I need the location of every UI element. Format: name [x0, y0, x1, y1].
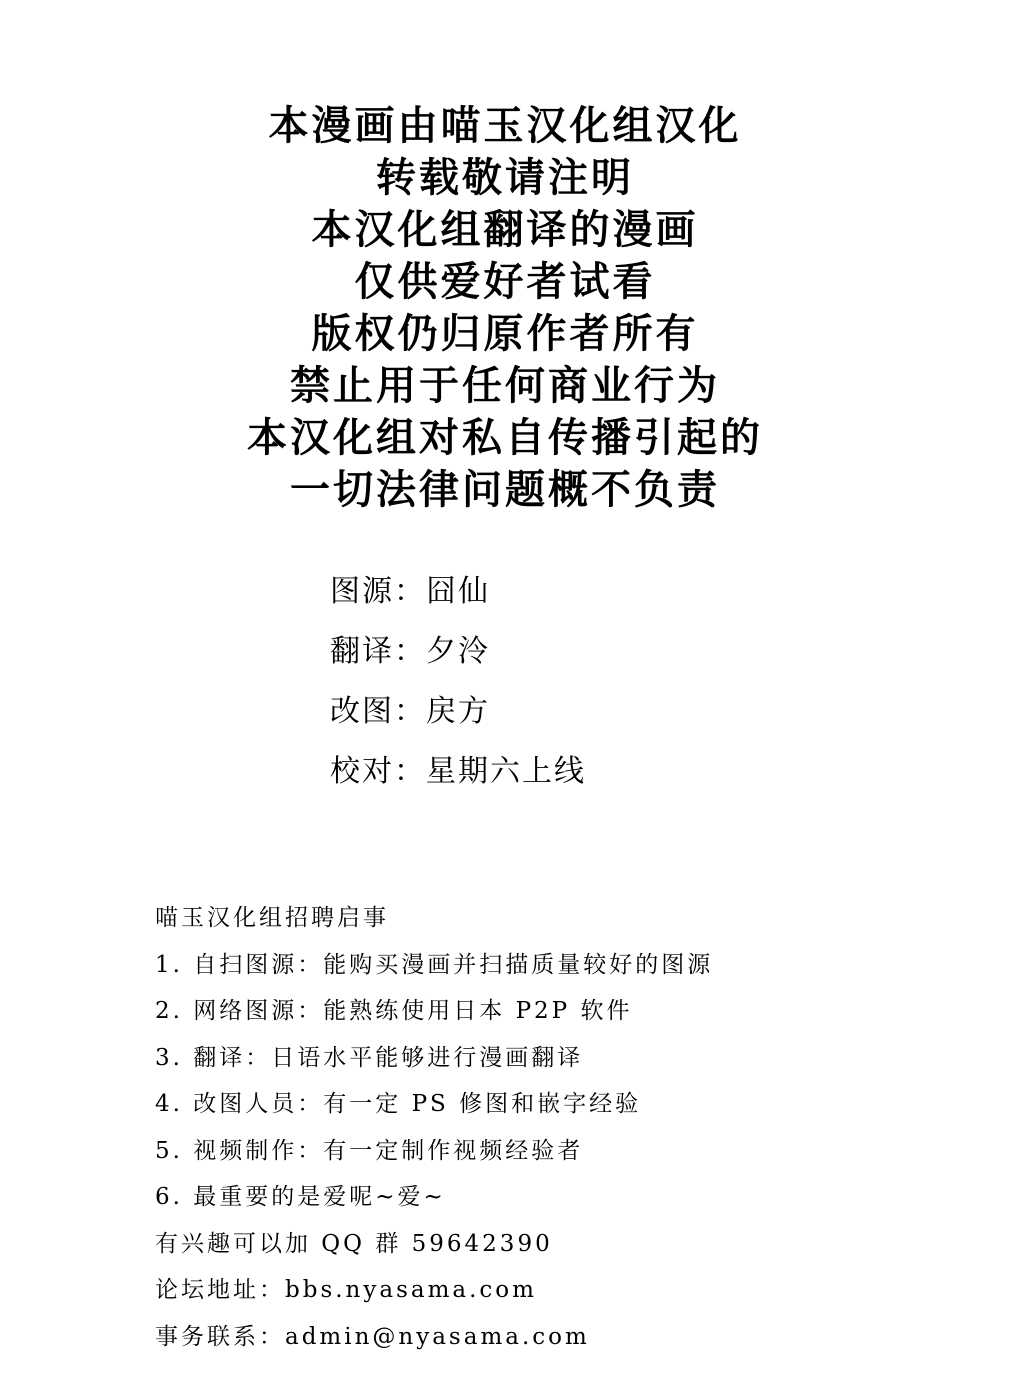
disclaimer-line: 版权仍归原作者所有 [0, 308, 1010, 360]
credit-editor: 改图：戻方 [330, 682, 586, 742]
disclaimer-line: 本汉化组对私自传播引起的 [0, 412, 1010, 464]
disclaimer-line: 一切法律问题概不负责 [0, 464, 1010, 516]
disclaimer-line: 转载敬请注明 [0, 152, 1010, 204]
recruitment-block: 喵玉汉化组招聘启事 1. 自扫图源：能购买漫画并扫描质量较好的图源 2. 网络图… [155, 895, 713, 1360]
recruitment-item-web-source: 2. 网络图源：能熟练使用日本 P2P 软件 [155, 988, 713, 1035]
disclaimer-line: 本汉化组翻译的漫画 [0, 204, 1010, 256]
forum-address-line: 论坛地址：bbs.nyasama.com [155, 1267, 713, 1314]
credit-source: 图源：囧仙 [330, 562, 586, 622]
recruitment-title: 喵玉汉化组招聘启事 [155, 895, 713, 942]
recruitment-item-translation: 3. 翻译：日语水平能够进行漫画翻译 [155, 1035, 713, 1082]
disclaimer-line: 仅供爱好者试看 [0, 256, 1010, 308]
disclaimer-block: 本漫画由喵玉汉化组汉化 转载敬请注明 本汉化组翻译的漫画 仅供爱好者试看 版权仍… [0, 100, 1010, 516]
staff-credits-block: 图源：囧仙 翻译：夕泠 改图：戻方 校对：星期六上线 [330, 562, 586, 802]
contact-email-line: 事务联系：admin@nyasama.com [155, 1314, 713, 1361]
recruitment-item-editing: 4. 改图人员：有一定 PS 修图和嵌字经验 [155, 1081, 713, 1128]
credits-page: 本漫画由喵玉汉化组汉化 转载敬请注明 本汉化组翻译的漫画 仅供爱好者试看 版权仍… [0, 0, 1010, 1381]
recruitment-item-love: 6. 最重要的是爱呢~爱~ [155, 1174, 713, 1221]
recruitment-item-scan: 1. 自扫图源：能购买漫画并扫描质量较好的图源 [155, 942, 713, 989]
credit-proofreader: 校对：星期六上线 [330, 742, 586, 802]
qq-group-line: 有兴趣可以加 QQ 群 59642390 [155, 1221, 713, 1268]
disclaimer-line: 本漫画由喵玉汉化组汉化 [0, 100, 1010, 152]
recruitment-item-video: 5. 视频制作：有一定制作视频经验者 [155, 1128, 713, 1175]
credit-translator: 翻译：夕泠 [330, 622, 586, 682]
disclaimer-line: 禁止用于任何商业行为 [0, 360, 1010, 412]
